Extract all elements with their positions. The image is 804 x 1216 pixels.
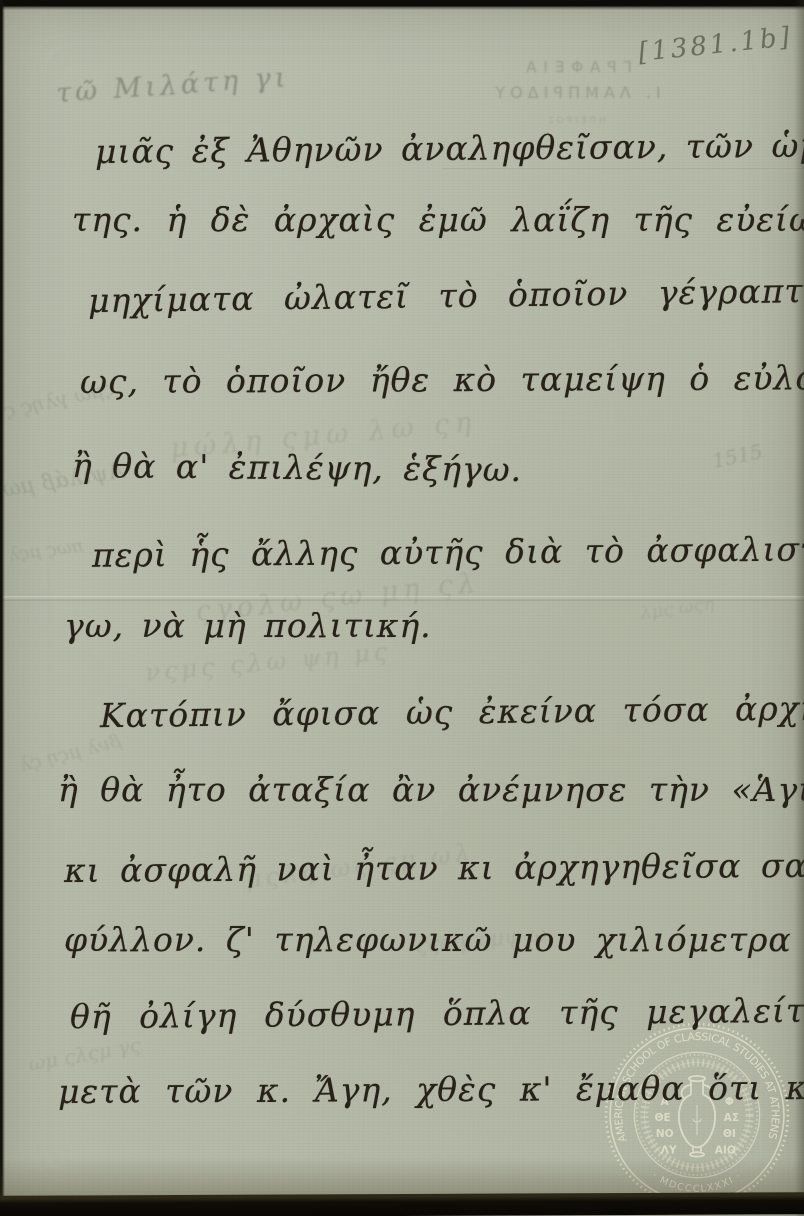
fold-crease	[0, 596, 804, 601]
seal-letter: ΛΥ	[661, 1143, 677, 1156]
handwriting-line: κι ἀσφαλῆ ναὶ ἦταν κι ἀρχηγηθεῖσα σαφὴ τ…	[64, 845, 804, 890]
pencil-note: τῶ Μιλάτη γι	[55, 62, 290, 109]
fold-crease-minor	[442, 168, 804, 171]
scan-edge-left	[0, 0, 5, 1216]
seal-letter: ΘΕ	[654, 1111, 670, 1124]
handwriting-line: περὶ ἧς ἄλλης αὐτῆς διὰ τὸ ἀσφαλιστῶ, πρ…	[92, 528, 804, 575]
scan-edge-top	[0, 0, 804, 10]
ghost-scribble: πως μςλ	[7, 535, 84, 565]
letter-page: ςμω γλης ςτ Ἀψιλάβ μω πως μςλ μώλη ςμω λ…	[0, 0, 804, 1216]
handwriting-line: ἢ θὰ α' ἐπιλέψη, ἑξήγω.	[72, 446, 522, 489]
handwriting-line: φύλλον. ζ' τηλεφωνικῶ μου χιλιόμετρα πρὶ…	[64, 920, 804, 959]
handwriting-line: γω, νὰ μὴ πολιτική.	[64, 606, 432, 645]
handwriting-line: μηχίματα ὠλατεῖ τὸ ὁποῖον γέγραπτά	[88, 271, 804, 320]
letterhead-bleedthrough: ΓΡΑΦΕΙΑ Ι. ΛΑΜΠΡΙΔΟΥ ΗΠΕΙΡΟΣ	[468, 58, 683, 126]
scan-edge-right	[794, 0, 804, 1216]
scan-edge-bottom	[0, 1192, 804, 1216]
letterhead-line3: ΗΠΕΙΡΟΣ	[468, 116, 683, 126]
handwriting-line: μετὰ τῶν κ. Ἄγη, χθὲς κ' ἔμαθα ὅτι κ.	[58, 1068, 804, 1111]
seal-letter: ΑΙΟ	[715, 1143, 736, 1156]
handwriting-line: ἢ θὰ ἦτο ἀταξία ἂν ἀνέμνησε τὴν «Ἁγιᾶ»	[58, 770, 804, 809]
handwriting-line: Κατόπιν ἄφισα ὡς ἐκείνα τόσα ἀρχηγὴς	[100, 688, 804, 735]
ghost-scribble: 1515	[710, 439, 765, 473]
seal-letter: ΝΟ	[656, 1127, 674, 1140]
catalog-number: [1381.1b]	[637, 22, 794, 68]
handwriting-line: της. ἡ δὲ ἀρχαὶς ἐμῶ λαΐζη τῆς εὐείωνε	[72, 200, 804, 239]
handwriting-line: θῆ ὀλίγη δύσθυμη ὅπλα τῆς μεγαλείτη	[70, 991, 804, 1037]
handwriting-line: ως, τὸ ὁποῖον ἤθε κὸ ταμείψη ὁ εὐλογία	[80, 358, 804, 401]
seal-letter: ΑΣ	[724, 1111, 739, 1124]
seal-letter: ΘΙ	[723, 1127, 736, 1140]
letterhead-line2: Ι. ΛΑΜΠΡΙΔΟΥ	[468, 83, 683, 102]
ghost-scribble: ωμ ςλςμ γς	[27, 1032, 143, 1075]
handwriting-line: μιᾶς ἐξ Ἀθηνῶν ἀναληφθεῖσαν, τῶν ὡμιλῶν …	[95, 124, 804, 171]
